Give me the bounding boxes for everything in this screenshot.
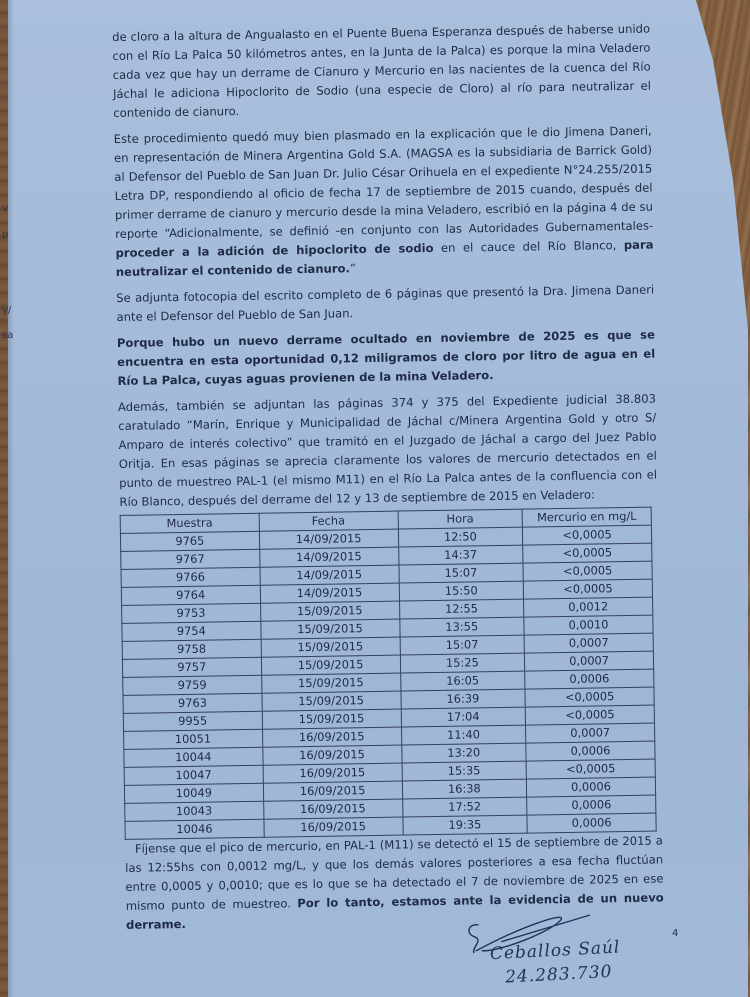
cell-fecha: 16/09/2015	[262, 727, 401, 747]
cell-muestra: 9757	[122, 657, 261, 677]
cell-muestra: 10046	[125, 819, 264, 839]
cell-hora: 12:50	[398, 527, 523, 547]
cell-fecha: 15/09/2015	[261, 655, 400, 675]
cell-hora: 13:55	[399, 617, 524, 637]
cell-hora: 14:37	[398, 545, 523, 565]
cell-fecha: 15/09/2015	[260, 619, 399, 639]
cell-mercurio: 0,0006	[527, 813, 656, 833]
cell-hora: 17:52	[402, 797, 527, 817]
cell-fecha: 15/09/2015	[262, 691, 401, 711]
cell-mercurio: 0,0006	[526, 741, 655, 761]
cell-fecha: 15/09/2015	[261, 673, 400, 693]
table-body: 976514/09/201512:50<0,0005976714/09/2015…	[120, 525, 656, 839]
cell-fecha: 16/09/2015	[263, 799, 402, 819]
cell-muestra: 10043	[125, 801, 264, 821]
cell-muestra: 9765	[120, 531, 259, 551]
paragraph-text: en el cauce del Río Blanco,	[433, 238, 623, 255]
emphasis-hipoclorito: proceder a la adición de hipoclorito de …	[115, 241, 433, 260]
document-body: de cloro a la altura de Angualasto en el…	[112, 20, 664, 942]
cell-mercurio: <0,0005	[523, 561, 652, 581]
cell-fecha: 15/09/2015	[262, 709, 401, 729]
mercury-table: Muestra Fecha Hora Mercurio en mg/L 9765…	[120, 507, 657, 840]
cell-mercurio: <0,0005	[525, 687, 654, 707]
cell-fecha: 16/09/2015	[262, 745, 401, 765]
cell-hora: 13:20	[401, 743, 526, 763]
column-header-hora: Hora	[398, 509, 523, 529]
column-header-muestra: Muestra	[120, 513, 259, 533]
cell-hora: 16:39	[400, 689, 525, 709]
cell-hora: 19:35	[402, 815, 527, 835]
cell-hora: 15:07	[399, 563, 524, 583]
cell-hora: 15:35	[402, 761, 527, 781]
cell-mercurio: 0,0006	[527, 795, 656, 815]
cell-mercurio: <0,0005	[526, 759, 655, 779]
cell-mercurio: 0,0010	[524, 615, 653, 635]
cell-muestra: 10044	[124, 747, 263, 767]
paragraph-procedimiento: Este procedimiento quedó muy bien plasma…	[114, 122, 654, 282]
cell-muestra: 9754	[122, 621, 261, 641]
cell-mercurio: 0,0012	[524, 597, 653, 617]
cell-fecha: 16/09/2015	[263, 763, 402, 783]
cell-hora: 16:05	[400, 671, 525, 691]
cell-hora: 11:40	[401, 725, 526, 745]
cell-muestra: 9764	[121, 585, 260, 605]
cell-muestra: 9758	[122, 639, 261, 659]
page-number: 4	[672, 928, 678, 939]
cell-muestra: 9763	[123, 693, 262, 713]
cell-muestra: 10047	[124, 765, 263, 785]
cell-hora: 15:07	[400, 635, 525, 655]
cell-fecha: 14/09/2015	[260, 565, 399, 585]
cell-mercurio: <0,0005	[523, 579, 652, 599]
cell-hora: 15:25	[400, 653, 525, 673]
cell-muestra: 9753	[122, 603, 261, 623]
cell-fecha: 15/09/2015	[261, 637, 400, 657]
paragraph-text: ”	[350, 261, 356, 275]
cell-fecha: 14/09/2015	[260, 583, 399, 603]
column-header-fecha: Fecha	[259, 511, 398, 531]
margin-fragment: sa	[2, 330, 13, 341]
cell-fecha: 15/09/2015	[260, 601, 399, 621]
paragraph-expediente: Además, también se adjuntan las páginas …	[118, 390, 658, 512]
cell-fecha: 14/09/2015	[259, 529, 398, 549]
cell-hora: 12:55	[399, 599, 524, 619]
cell-muestra: 9955	[123, 711, 262, 731]
cell-hora: 17:04	[401, 707, 526, 727]
cell-muestra: 9766	[121, 567, 260, 587]
column-header-mercurio: Mercurio en mg/L	[522, 507, 651, 527]
handwritten-signature: Ceballos Saúl 24.283.730	[460, 906, 684, 997]
cell-muestra: 10049	[124, 783, 263, 803]
cell-fecha: 14/09/2015	[259, 547, 398, 567]
cell-fecha: 16/09/2015	[264, 817, 403, 837]
cell-mercurio: <0,0005	[523, 543, 652, 563]
page-edge-shadow	[8, 0, 14, 997]
cell-muestra: 9767	[121, 549, 260, 569]
cell-mercurio: <0,0005	[523, 525, 652, 545]
cell-mercurio: 0,0007	[525, 651, 654, 671]
cell-mercurio: 0,0007	[526, 723, 655, 743]
margin-fragment: y/	[2, 305, 11, 316]
cell-fecha: 16/09/2015	[263, 781, 402, 801]
margin-fragment: p	[2, 229, 8, 240]
cell-mercurio: 0,0007	[524, 633, 653, 653]
cell-muestra: 10051	[124, 729, 263, 749]
cell-mercurio: <0,0005	[525, 705, 654, 725]
cell-muestra: 9759	[123, 675, 262, 695]
cell-hora: 15:50	[399, 581, 524, 601]
cell-mercurio: 0,0006	[527, 777, 656, 797]
paragraph-cloro-intro: de cloro a la altura de Angualasto en el…	[112, 20, 651, 123]
paragraph-fotocopia: Se adjunta fotocopia del escrito complet…	[116, 281, 655, 327]
cell-hora: 16:38	[402, 779, 527, 799]
cell-mercurio: 0,0006	[525, 669, 654, 689]
paragraph-text: Este procedimiento quedó muy bien plasma…	[114, 124, 654, 241]
paragraph-nuevo-derrame: Porque hubo un nuevo derrame ocultado en…	[117, 326, 656, 391]
margin-fragment: v	[2, 203, 8, 214]
